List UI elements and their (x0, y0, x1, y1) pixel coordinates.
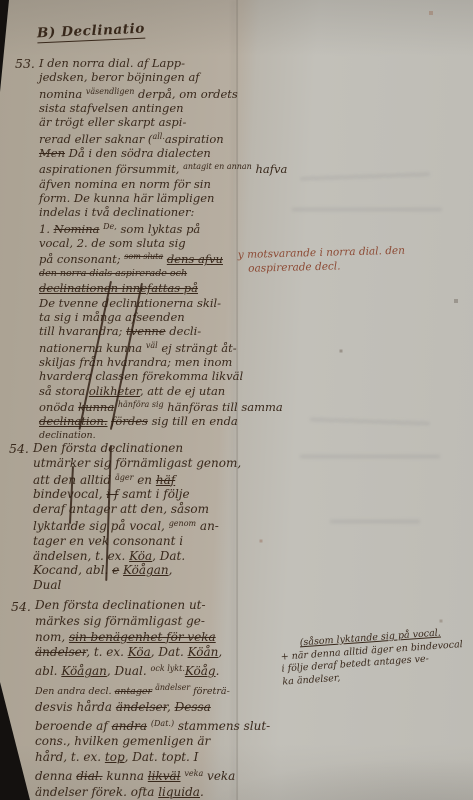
manuscript-line: indelas i två declinationer: (39, 205, 241, 219)
text-run: äfven nomina en norm för sin (39, 177, 211, 191)
manuscript-line: abl. Köågan, Dual. ock lykt.Köåg. (35, 661, 255, 680)
text-run: ändelser (155, 683, 190, 692)
text-run: denna (35, 769, 76, 783)
text-run: Köågan (61, 664, 107, 678)
text-run: ock lykt. (151, 664, 185, 673)
manuscript-line: äfven nomina en norm för sin (39, 177, 241, 191)
text-run: an- (196, 519, 219, 533)
manuscript-line: jedsken, beror böjningen af (39, 70, 241, 84)
text-run: hvardera classen förekomma likväl (39, 369, 243, 383)
section-lines: Den första declinationenutmärker sig för… (33, 441, 241, 593)
manuscript-line: I den norra dial. af Lapp- (39, 56, 241, 70)
text-run: Nomina (54, 222, 100, 236)
text-run: jedsken, beror böjningen af (39, 70, 200, 84)
text-run: företrä- (190, 686, 230, 697)
text-run: Dual (33, 578, 61, 592)
text-run: Den första declinationen ut- (35, 598, 206, 612)
text-run: onöda (39, 400, 78, 414)
section-53: 53. I den norra dial. af Lapp-jedsken, b… (15, 56, 241, 443)
text-run: 1. (39, 222, 54, 236)
text-run: Då i den södra dialecten (65, 146, 211, 160)
manuscript-line: på consonant; som sluta dens afvu (39, 250, 241, 266)
text-run: äger (115, 473, 133, 482)
text-run: sin benägenhet för veka (69, 630, 216, 644)
manuscript-line: nationerna kunna väl ej strängt åt- (39, 339, 241, 355)
manuscript-line: hvardera classen förekomma likväl (39, 369, 241, 383)
text-run: sista stafvelsen antingen (39, 101, 184, 115)
manuscript-line: deraf antager att den, såsom (33, 502, 241, 517)
manuscript-line: De tvenne declinationerna skil- (39, 296, 241, 310)
text-run: . (216, 664, 220, 678)
text-run: ändelser förek. ofta (35, 785, 158, 799)
text-run: dial. (76, 769, 102, 783)
text-run: Den andra decl. (35, 686, 115, 697)
text-run: hafva (252, 162, 288, 176)
text-run: en (133, 473, 155, 487)
text-run: decli- (166, 324, 202, 338)
text-run: Köågan (123, 563, 169, 577)
text-run: , Dat. (151, 645, 188, 659)
manuscript-line: desvis hårda ändelser, Dessa (35, 700, 255, 716)
text-run: som sluta (124, 252, 163, 261)
text-run: ändelser (116, 700, 167, 714)
text-run: ändelser (35, 645, 86, 659)
section-number: 54. (11, 599, 31, 615)
text-run: dens afvu (167, 252, 223, 266)
text-run: , Dual. (107, 664, 151, 678)
text-run: lyktande sig på vocal, (33, 519, 169, 533)
text-run: hård, t. ex. (35, 750, 105, 764)
text-run: kunna (103, 769, 148, 783)
text-run: häf (156, 473, 175, 487)
manuscript-line: sista stafvelsen antingen (39, 101, 241, 115)
manuscript-line: Dual (33, 578, 241, 593)
text-run: genom (169, 519, 196, 528)
manuscript-line: Den andra decl. antager ändelser företrä… (35, 680, 255, 700)
text-run: så stora (39, 384, 89, 398)
text-run: nomina (39, 87, 86, 101)
text-run: (Dat.) (151, 719, 174, 728)
text-run: , t. ex. (86, 645, 128, 659)
text-run: desvis hårda (35, 700, 116, 714)
manuscript-photo: B) Declinatio 53. I den norra dial. af L… (0, 0, 473, 800)
manuscript-line: 1. Nomina De, som lyktas på (39, 220, 241, 236)
text-run: väsendligen (86, 87, 135, 96)
text-run: top (105, 750, 125, 764)
manuscript-line: ändelser, t. ex. Köa, Dat. Köån, (35, 645, 255, 661)
text-run: declination. (39, 430, 96, 441)
text-run: utmärker sig förnämligast genom, (33, 456, 241, 470)
text-run: De tvenne declinationerna skil- (39, 296, 221, 310)
text-run: ta sig i många afseenden (39, 310, 185, 324)
ink-show-through (310, 418, 430, 425)
manuscript-line: lyktande sig på vocal, genom an- (33, 517, 241, 534)
text-run: Den första declinationen (33, 441, 183, 455)
manuscript-line: så stora olikheter, att de ej utan (39, 384, 241, 398)
manuscript-line: nom, sin benägenhet för veka (35, 630, 255, 646)
text-run: Köa (129, 549, 152, 563)
manuscript-line: bindevocal, i f samt i följe (33, 487, 241, 502)
text-run: samt i följe (118, 487, 189, 501)
text-run: declinationen innefattas på (39, 281, 198, 295)
manuscript-line: den norra dials aspirerade och (39, 267, 241, 281)
manuscript-line: till hvarandra; tvenne decli- (39, 324, 241, 338)
text-run: Köån (188, 645, 219, 659)
text-run: andra (112, 719, 147, 733)
manuscript-line: rerad eller saknar (all.aspiration (39, 130, 241, 146)
ink-show-through (292, 208, 442, 211)
section-number: 53. (15, 57, 35, 71)
page-heading: B) Declinatio (37, 21, 146, 44)
text-run: märkes sig förnämligast ge- (35, 614, 205, 628)
text-run: , (169, 563, 173, 577)
text-run: , (218, 645, 222, 659)
manuscript-line: tager en vek consonant i (33, 534, 241, 549)
text-run: som lyktas på (117, 222, 200, 236)
text-run: stammens slut- (174, 719, 270, 733)
manuscript-line: skiljas från hvarandra; men inom (39, 355, 241, 369)
text-run: aspiration (165, 132, 224, 146)
text-run: skiljas från hvarandra; men inom (39, 355, 232, 369)
manuscript-line: Den första declinationen ut- (35, 598, 255, 614)
text-run: sig till en enda (148, 414, 238, 428)
text-run: Dessa (175, 700, 211, 714)
section-54-first: 54. Den första declinationenutmärker sig… (9, 441, 241, 593)
text-run: Men (39, 146, 65, 160)
ink-show-through (300, 173, 430, 181)
margin-note-dark-ink: (såsom lyktande sig på vocal.+ när denna… (279, 625, 473, 689)
manuscript-line: nomina väsendligen derpå, om ordets (39, 85, 241, 101)
text-run: den norra dials aspirerade och (39, 268, 187, 279)
manuscript-line: vocal, 2. de som sluta sig (39, 236, 241, 250)
ink-show-through (300, 455, 440, 458)
manuscript-line: utmärker sig förnämligast genom, (33, 456, 241, 471)
text-run: nom, (35, 630, 69, 644)
text-run: är trögt eller skarpt aspi- (39, 115, 186, 129)
text-run: I den norra dial. af Lapp- (39, 56, 185, 70)
text-run: på consonant; (39, 252, 124, 266)
text-run: väl (146, 341, 158, 350)
text-run: Kocand, abl. (33, 563, 112, 577)
text-run: , (167, 700, 175, 714)
text-run: abl. (35, 664, 61, 678)
text-run: ändelsen, t. ex. (33, 549, 129, 563)
text-run: Köåg (185, 664, 216, 678)
manuscript-line: aspirationen försummit, antagit en annan… (39, 160, 241, 176)
text-run: antager (115, 686, 153, 697)
manuscript-line: onöda kunna hänföra sig hänföras till sa… (39, 398, 241, 414)
text-run: ej strängt åt- (158, 341, 237, 355)
section-number: 54. (9, 442, 29, 457)
text-run: rerad eller saknar ( (39, 132, 152, 146)
text-run: form. De kunna här lämpligen (39, 191, 214, 205)
manuscript-line: declination. fördes sig till en enda (39, 414, 241, 428)
paper-crease-shadow (143, 740, 473, 800)
manuscript-line: ändelsen, t. ex. Köa, Dat. (33, 549, 241, 564)
text-run: , Dat. (152, 549, 185, 563)
text-run: indelas i två declinationer: (39, 205, 194, 219)
manuscript-line: Den första declinationen (33, 441, 241, 456)
text-run: hänföras till samma (164, 400, 283, 414)
text-run: derpå, om ordets (134, 87, 237, 101)
margin-note-red-ink: y motsvarande i norra dial. denoaspirera… (238, 242, 471, 276)
ink-show-through (330, 520, 420, 523)
text-run: all. (152, 132, 164, 141)
text-run: antagit en annan (183, 162, 252, 171)
text-run: oaspirerade decl. (248, 260, 341, 274)
text-run: deraf antager att den, såsom (33, 502, 209, 516)
text-run: hänföra sig (118, 400, 164, 409)
text-run: De, (103, 222, 117, 231)
manuscript-line: Men Då i den södra dialecten (39, 146, 241, 160)
section-lines: I den norra dial. af Lapp-jedsken, beror… (39, 56, 241, 443)
manuscript-line: är trögt eller skarpt aspi- (39, 115, 241, 129)
manuscript-line: beroende af andra (Dat.) stammens slut- (35, 716, 255, 735)
text-run: declination. (39, 414, 108, 428)
text-run: aspirationen försummit, (39, 162, 183, 176)
text-run: att den alltid (33, 473, 115, 487)
manuscript-line: att den alltid äger en häf (33, 471, 241, 488)
text-run: , att de ej utan (140, 384, 225, 398)
manuscript-line: form. De kunna här lämpligen (39, 191, 241, 205)
manuscript-page: B) Declinatio 53. I den norra dial. af L… (0, 0, 473, 800)
text-run: olikheter (89, 384, 140, 398)
text-run: vocal, 2. de som sluta sig (39, 236, 186, 250)
text-run: Köa (128, 645, 151, 659)
manuscript-line: ta sig i många afseenden (39, 310, 241, 324)
text-run: till hvarandra; (39, 324, 126, 338)
text-run: beroende af (35, 719, 112, 733)
text-run: fördes (111, 414, 148, 428)
manuscript-line: märkes sig förnämligast ge- (35, 614, 255, 630)
manuscript-line: Kocand, abl. e Köågan, (33, 563, 241, 578)
